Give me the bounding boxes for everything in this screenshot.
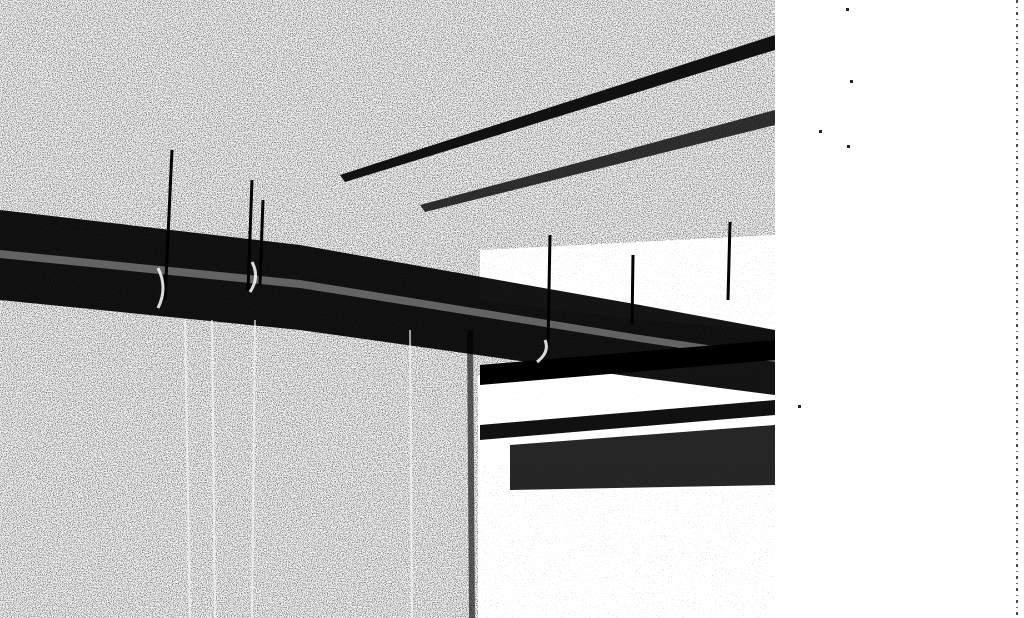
speck [847, 145, 850, 148]
speck [819, 130, 822, 133]
speck [846, 8, 849, 11]
right-margin [775, 0, 1024, 618]
scan-edge-line [1016, 0, 1018, 618]
speck [850, 80, 853, 83]
speck [798, 405, 801, 408]
dithered-photo [0, 0, 775, 618]
